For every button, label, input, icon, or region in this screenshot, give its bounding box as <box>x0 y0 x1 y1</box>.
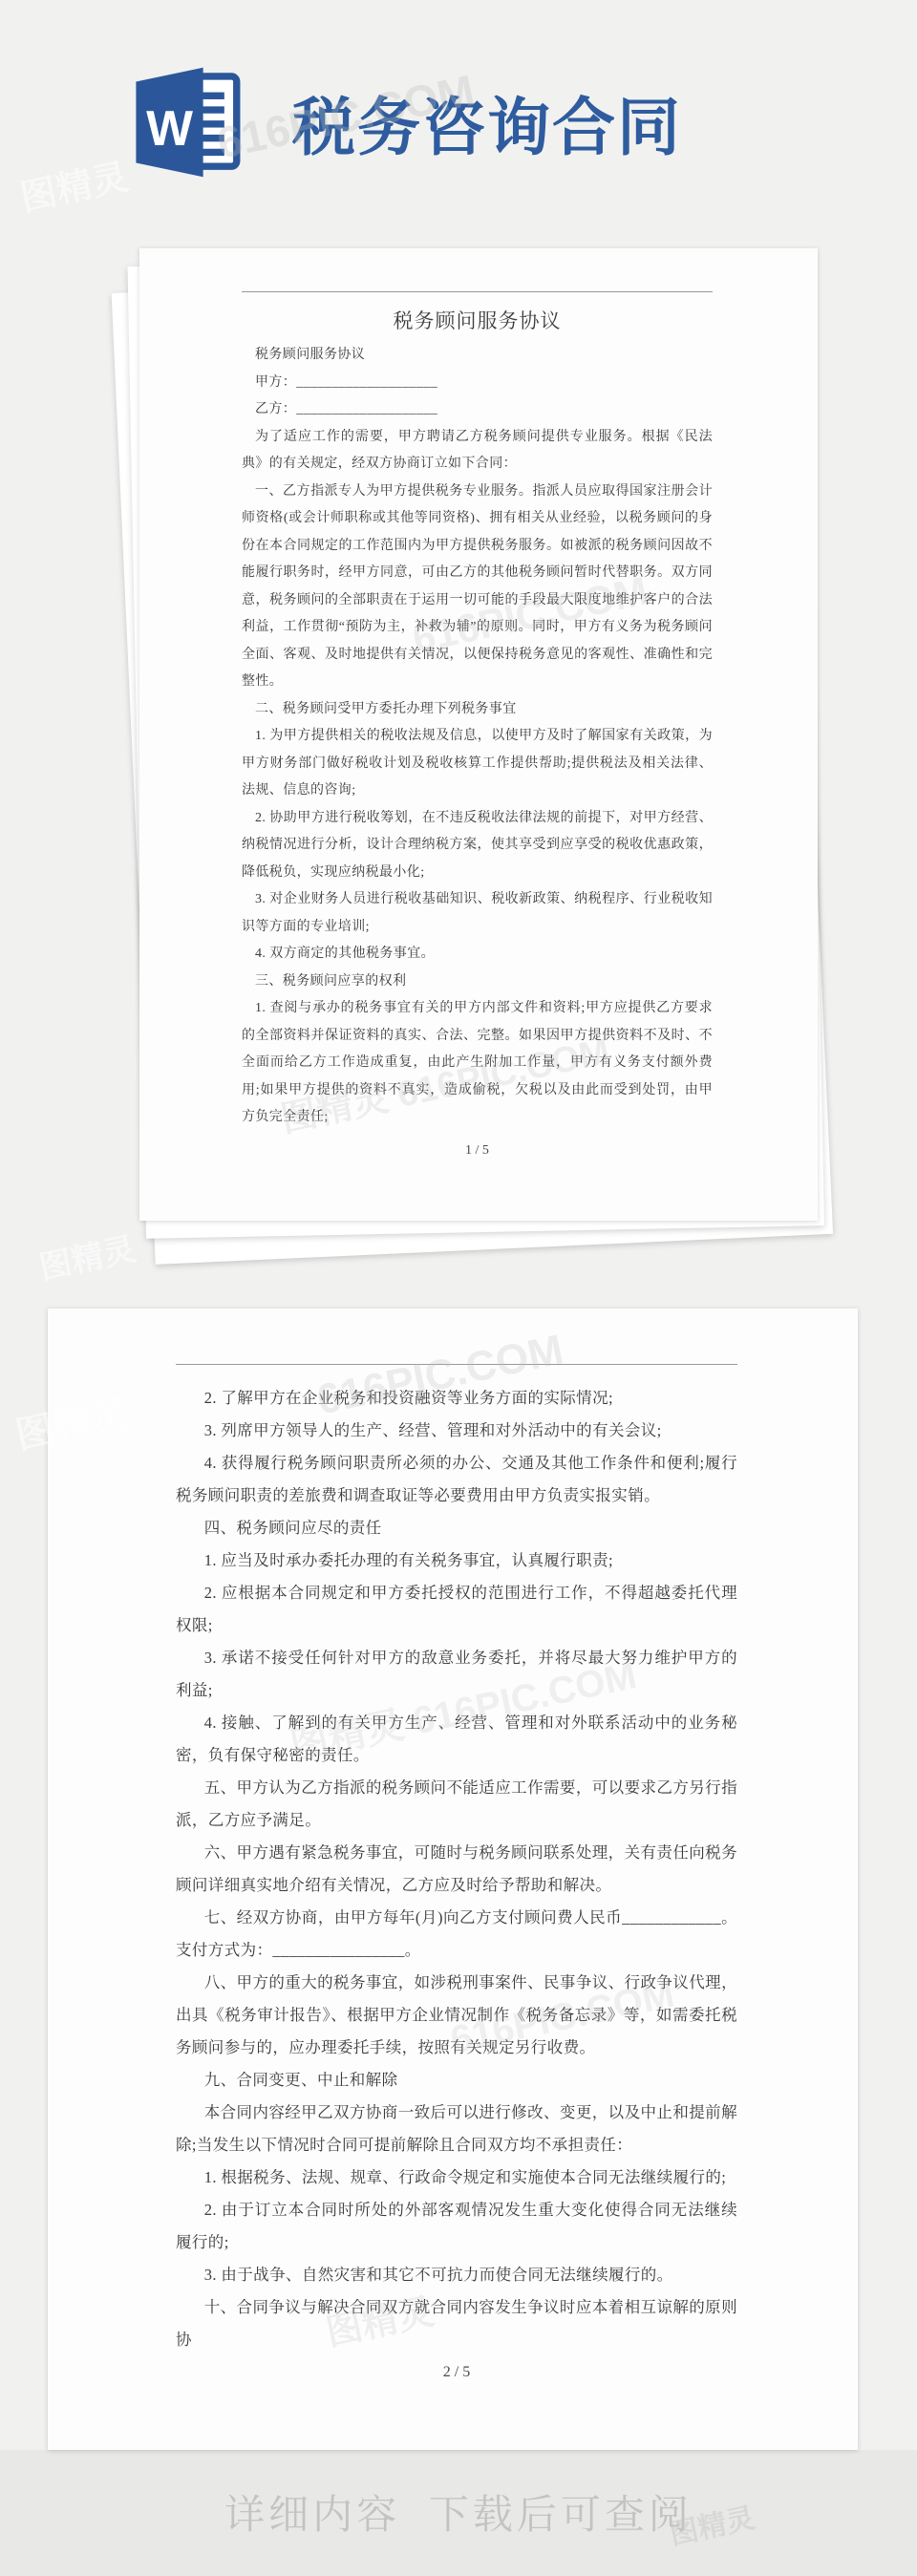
paragraph: 1. 根据税务、法规、规章、行政命令规定和实施使本合同无法继续履行的; <box>176 2161 737 2194</box>
page1-number: 1 / 5 <box>242 1143 713 1159</box>
paragraph: 二、税务顾问受甲方委托办理下列税务事宜 <box>242 696 713 724</box>
paragraph: 七、经双方协商，由甲方每年(月)向乙方支付顾问费人民币____________。… <box>176 1902 737 1967</box>
paragraph: 为了适应工作的需要，甲方聘请乙方税务顾问提供专业服务。根据《民法典》的有关规定，… <box>242 424 713 479</box>
paragraph: 3. 承诺不接受任何针对甲方的敌意业务委托，并将尽最大努力维护甲方的利益; <box>176 1642 737 1707</box>
watermark-text: 图精灵 <box>34 1223 139 1288</box>
page2-paragraphs: 2. 了解甲方在企业税务和投资融资等业务方面的实际情况;3. 列席甲方领导人的生… <box>176 1382 737 2356</box>
paragraph: 八、甲方的重大的税务事宜，如涉税刑事案件、民事争议、行政争议代理，出具《税务审计… <box>176 1967 737 2064</box>
paragraph: 3. 列席甲方领导人的生产、经营、管理和对外活动中的有关会议; <box>176 1415 737 1447</box>
word-logo-icon: W <box>129 63 245 181</box>
page2-number: 2 / 5 <box>176 2364 737 2381</box>
page-top-rule <box>242 291 713 292</box>
page-title: 税务咨询合同 <box>292 76 827 167</box>
paragraph: 1. 为甲方提供相关的税收法规及信息，以使甲方及时了解国家有关政策，为甲方财务部… <box>242 723 713 805</box>
document-page-2: 2. 了解甲方在企业税务和投资融资等业务方面的实际情况;3. 列席甲方领导人的生… <box>48 1309 858 2450</box>
paragraph: 1. 应当及时承办委托办理的有关税务事宜，认真履行职责; <box>176 1544 737 1577</box>
paragraph: 六、甲方遇有紧急税务事宜，可随时与税务顾问联系处理，关有责任向税务顾问详细真实地… <box>176 1837 737 1902</box>
paragraph: 五、甲方认为乙方指派的税务顾问不能适应工作需要，可以要求乙方另行指派，乙方应予满… <box>176 1772 737 1837</box>
page1-paragraphs: 税务顾问服务协议甲方：____________________乙方：______… <box>242 342 713 1132</box>
paragraph: 三、税务顾问应享的权利 <box>242 969 713 996</box>
paragraph: 4. 接触、了解到的有关甲方生产、经营、管理和对外联系活动中的业务秘密，负有保守… <box>176 1707 737 1772</box>
paragraph: 2. 了解甲方在企业税务和投资融资等业务方面的实际情况; <box>176 1382 737 1415</box>
word-letter: W <box>146 100 193 156</box>
paragraph: 2. 应根据本合同规定和甲方委托授权的范围进行工作，不得超越委托代理权限; <box>176 1577 737 1642</box>
paragraph: 九、合同变更、中止和解除 <box>176 2064 737 2097</box>
document-page-1: 税务顾问服务协议 税务顾问服务协议甲方：____________________… <box>139 248 818 1221</box>
paragraph: 税务顾问服务协议 <box>242 342 713 370</box>
paragraph: 乙方：____________________ <box>242 396 713 424</box>
document-preview-page: { "header": { "title": "税务咨询合同", "icon_l… <box>0 0 917 2576</box>
paragraph: 一、乙方指派专人为甲方提供税务专业服务。指派人员应取得国家注册会计师资格(或会计… <box>242 479 713 696</box>
paragraph: 3. 对企业财务人员进行税收基础知识、税收新政策、纳税程序、行业税收知识等方面的… <box>242 886 713 941</box>
paragraph: 4. 获得履行税务顾问职责所必须的办公、交通及其他工作条件和便利;履行税务顾问职… <box>176 1447 737 1512</box>
paragraph: 2. 由于订立本合同时所处的外部客观情况发生重大变化使得合同无法继续履行的; <box>176 2194 737 2259</box>
paragraph: 1. 查阅与承办的税务事宜有关的甲方内部文件和资料;甲方应提供乙方要求的全部资料… <box>242 995 713 1132</box>
page-top-rule <box>176 1364 737 1365</box>
paragraph: 甲方：____________________ <box>242 370 713 397</box>
header: W 税务咨询合同 <box>0 0 917 220</box>
paragraph: 2. 协助甲方进行税收筹划，在不违反税收法律法规的前提下，对甲方经营、纳税情况进… <box>242 805 713 887</box>
paragraph: 4. 双方商定的其他税务事宜。 <box>242 941 713 969</box>
download-hint-text: 详细内容 下载后可查阅 <box>0 2483 917 2541</box>
paragraph: 十、合同争议与解决合同双方就合同内容发生争议时应本着相互谅解的原则协 <box>176 2291 737 2356</box>
paragraph: 本合同内容经甲乙双方协商一致后可以进行修改、变更，以及中止和提前解除;当发生以下… <box>176 2097 737 2161</box>
paragraph: 四、税务顾问应尽的责任 <box>176 1512 737 1544</box>
document-title: 税务顾问服务协议 <box>242 306 713 334</box>
paragraph: 3. 由于战争、自然灾害和其它不可抗力而使合同无法继续履行的。 <box>176 2259 737 2291</box>
